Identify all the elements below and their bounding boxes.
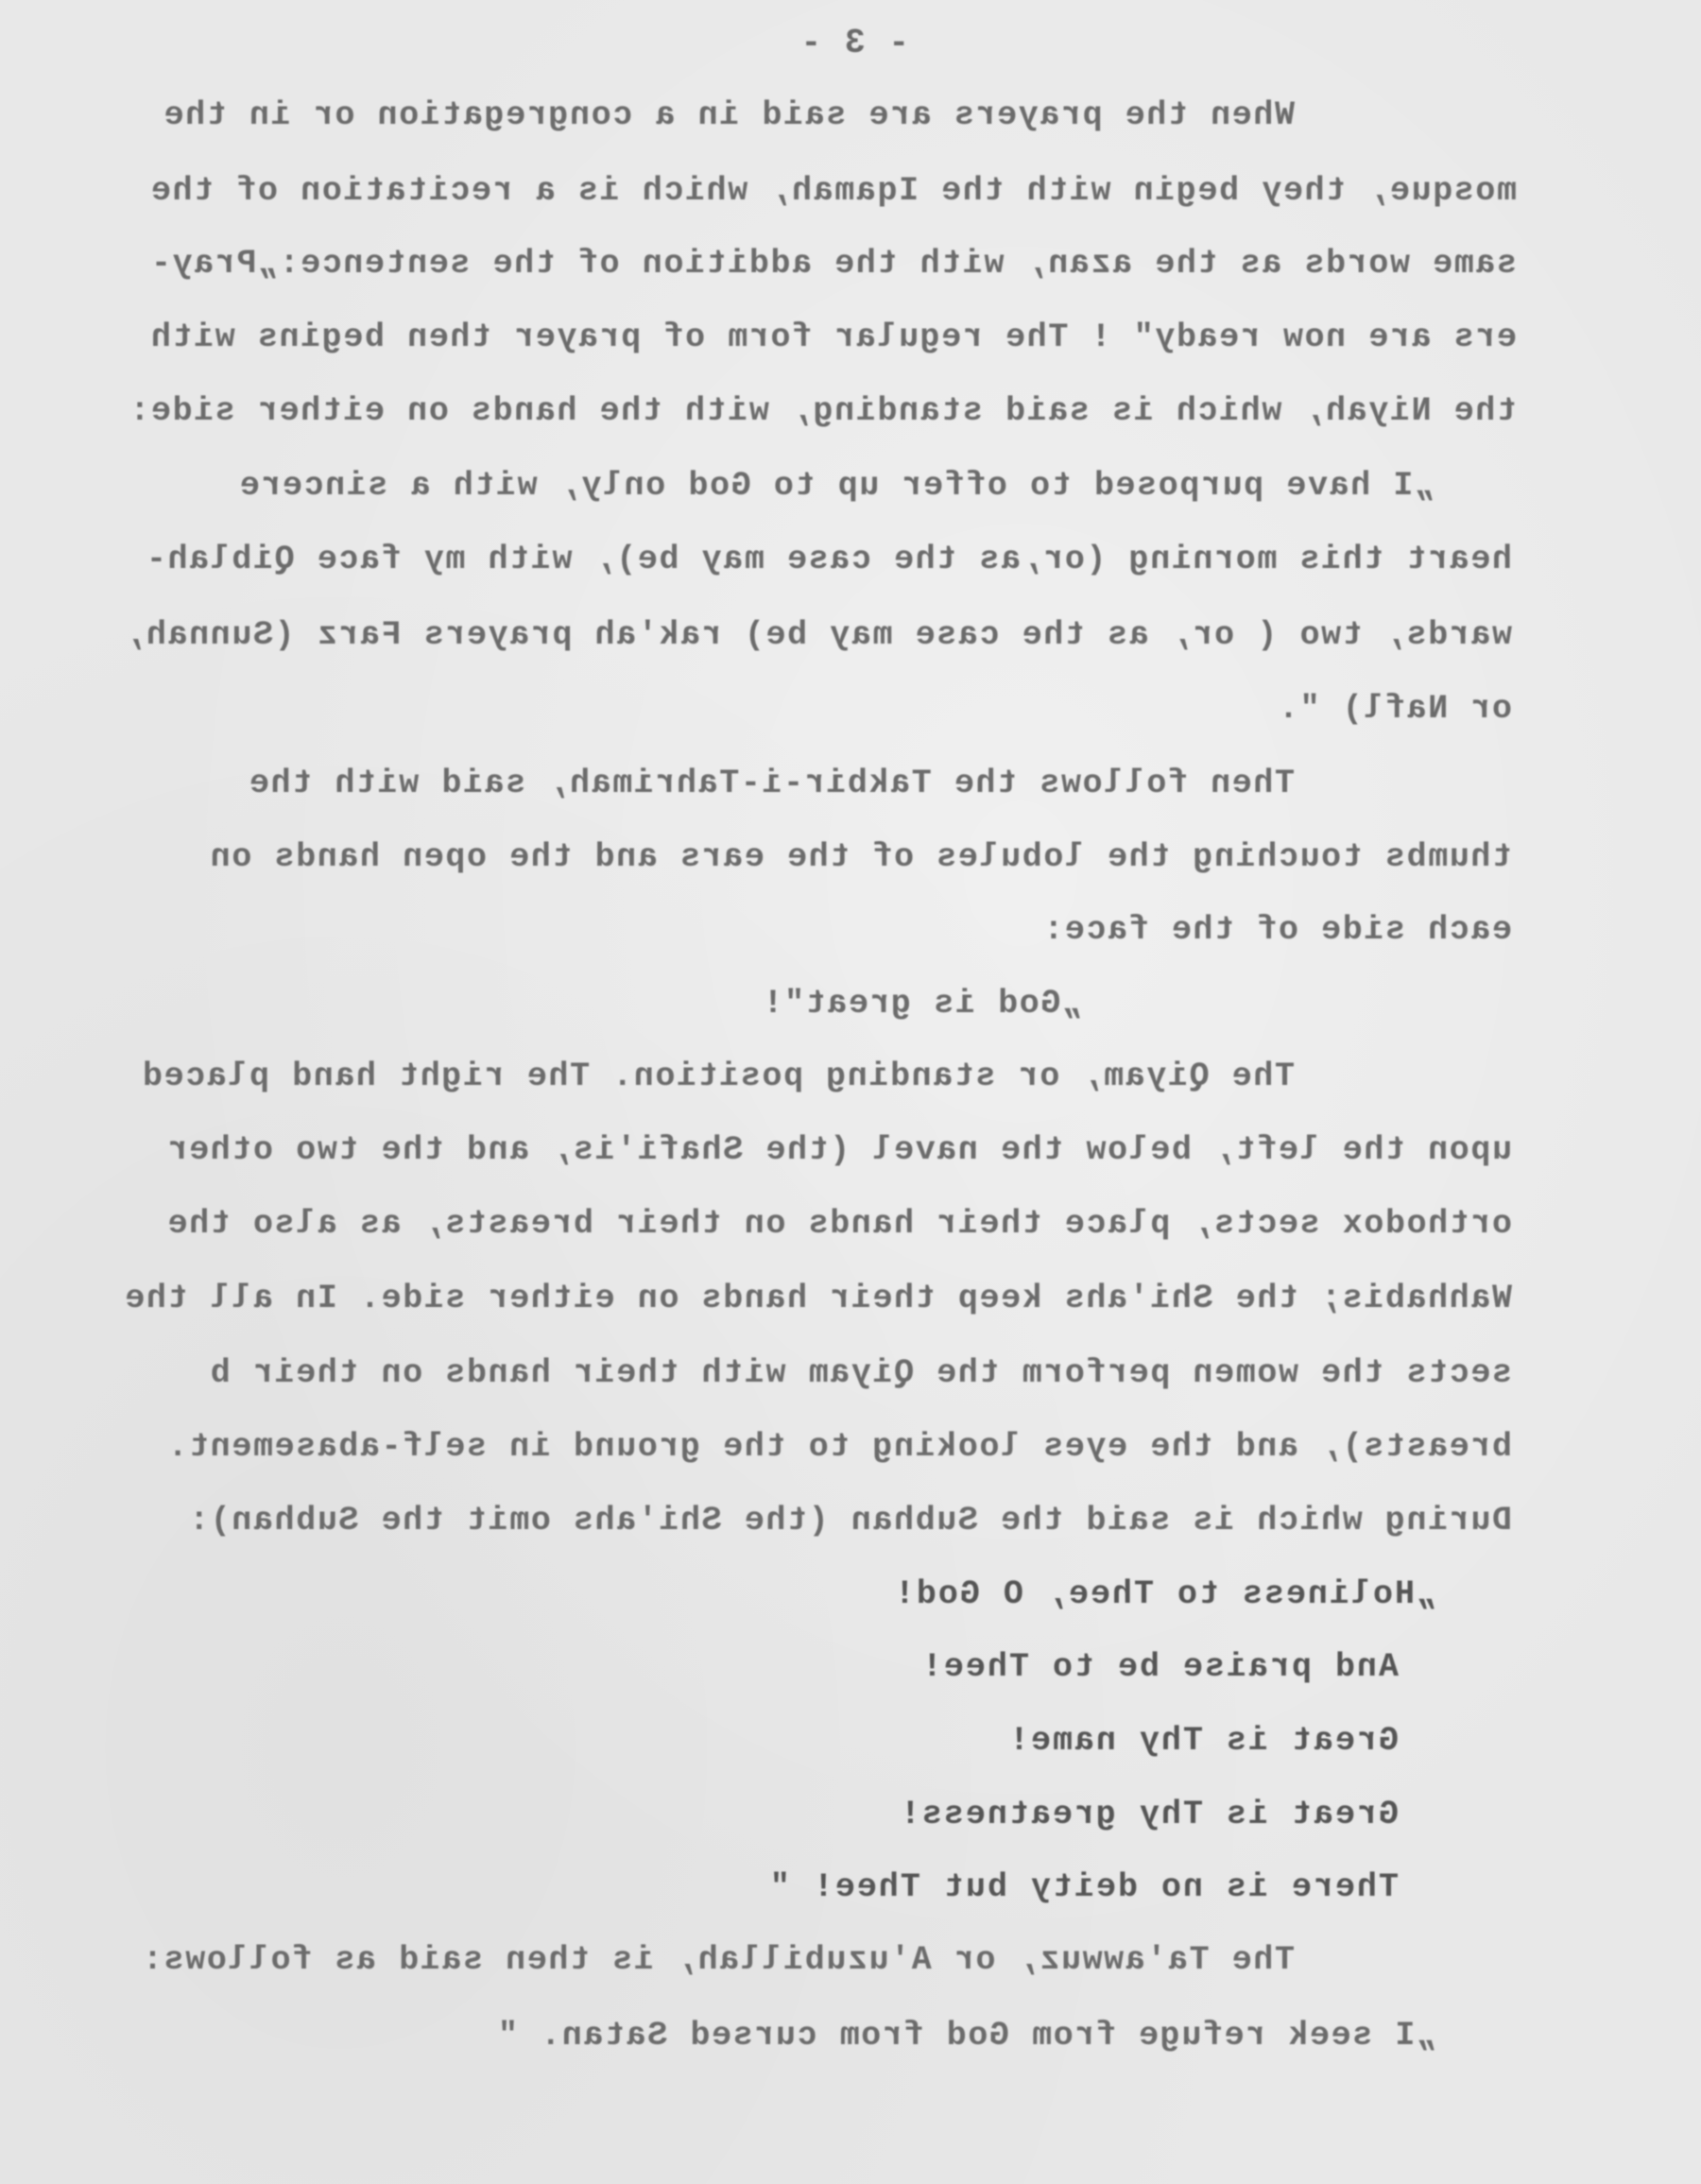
text-line: The Ta'awwuz, or A'uzubillah, is then sa… [141, 1944, 1295, 1977]
text-line: Then follows the Takbir-i-Tahrimah, said… [248, 767, 1295, 800]
prayer-verse-line: And praise be to Thee! [920, 1651, 1399, 1684]
text-line: „I seek refuge from God from cursed Sata… [496, 2020, 1436, 2053]
text-line: The Qiyam, or standing position. The rig… [141, 1060, 1295, 1093]
text-line: During which is said the Subhan (the Shi… [188, 1505, 1512, 1538]
text-line: Wahhabis; the Shi'ahs keep their hands o… [124, 1282, 1512, 1316]
text-line: heart this morning (or,as the case may b… [145, 543, 1512, 576]
text-line: sects the women perform the Qiyam with t… [209, 1357, 1512, 1390]
page-number: - 3 - [799, 26, 909, 60]
prayer-verse-line: „Holiness to Thee, O God! [893, 1578, 1436, 1611]
prayer-verse-line: There is no deity but Thee! " [768, 1871, 1399, 1904]
mirrored-typewritten-text: - 3 - When the prayers are said in a con… [0, 0, 1701, 2184]
prayer-verse-line: Great is Thy greatness! [899, 1798, 1399, 1831]
text-line: wards, two ( or, as the case may be) rak… [124, 619, 1512, 652]
text-line: ers are now ready" ! The regular form of… [149, 321, 1517, 354]
text-line: „I have purposed to offer up to God only… [238, 470, 1435, 503]
text-line: orthodox sects, place their hands on the… [166, 1208, 1512, 1241]
text-line: „God is great"! [762, 988, 1082, 1021]
text-line: each side of the face: [1042, 914, 1512, 947]
scanned-page: - 3 - When the prayers are said in a con… [0, 0, 1701, 2184]
text-line: upon the left, below the navel (the Shaf… [166, 1134, 1512, 1167]
text-line: the Niyah, which is said standing, with … [129, 395, 1517, 428]
text-line: When the prayers are said in a congregat… [163, 99, 1295, 132]
text-line: mosque, they begin with the Iqamah, whic… [149, 175, 1517, 208]
text-line: or Nafl) ". [1277, 693, 1512, 726]
text-line: thumbs touching the lobules of the ears … [209, 841, 1512, 874]
text-line: same words as the azan, with the additio… [149, 248, 1517, 281]
text-line: breasts), and the eyes looking to the gr… [166, 1431, 1512, 1464]
prayer-verse-line: Great is Thy name! [1007, 1725, 1399, 1758]
